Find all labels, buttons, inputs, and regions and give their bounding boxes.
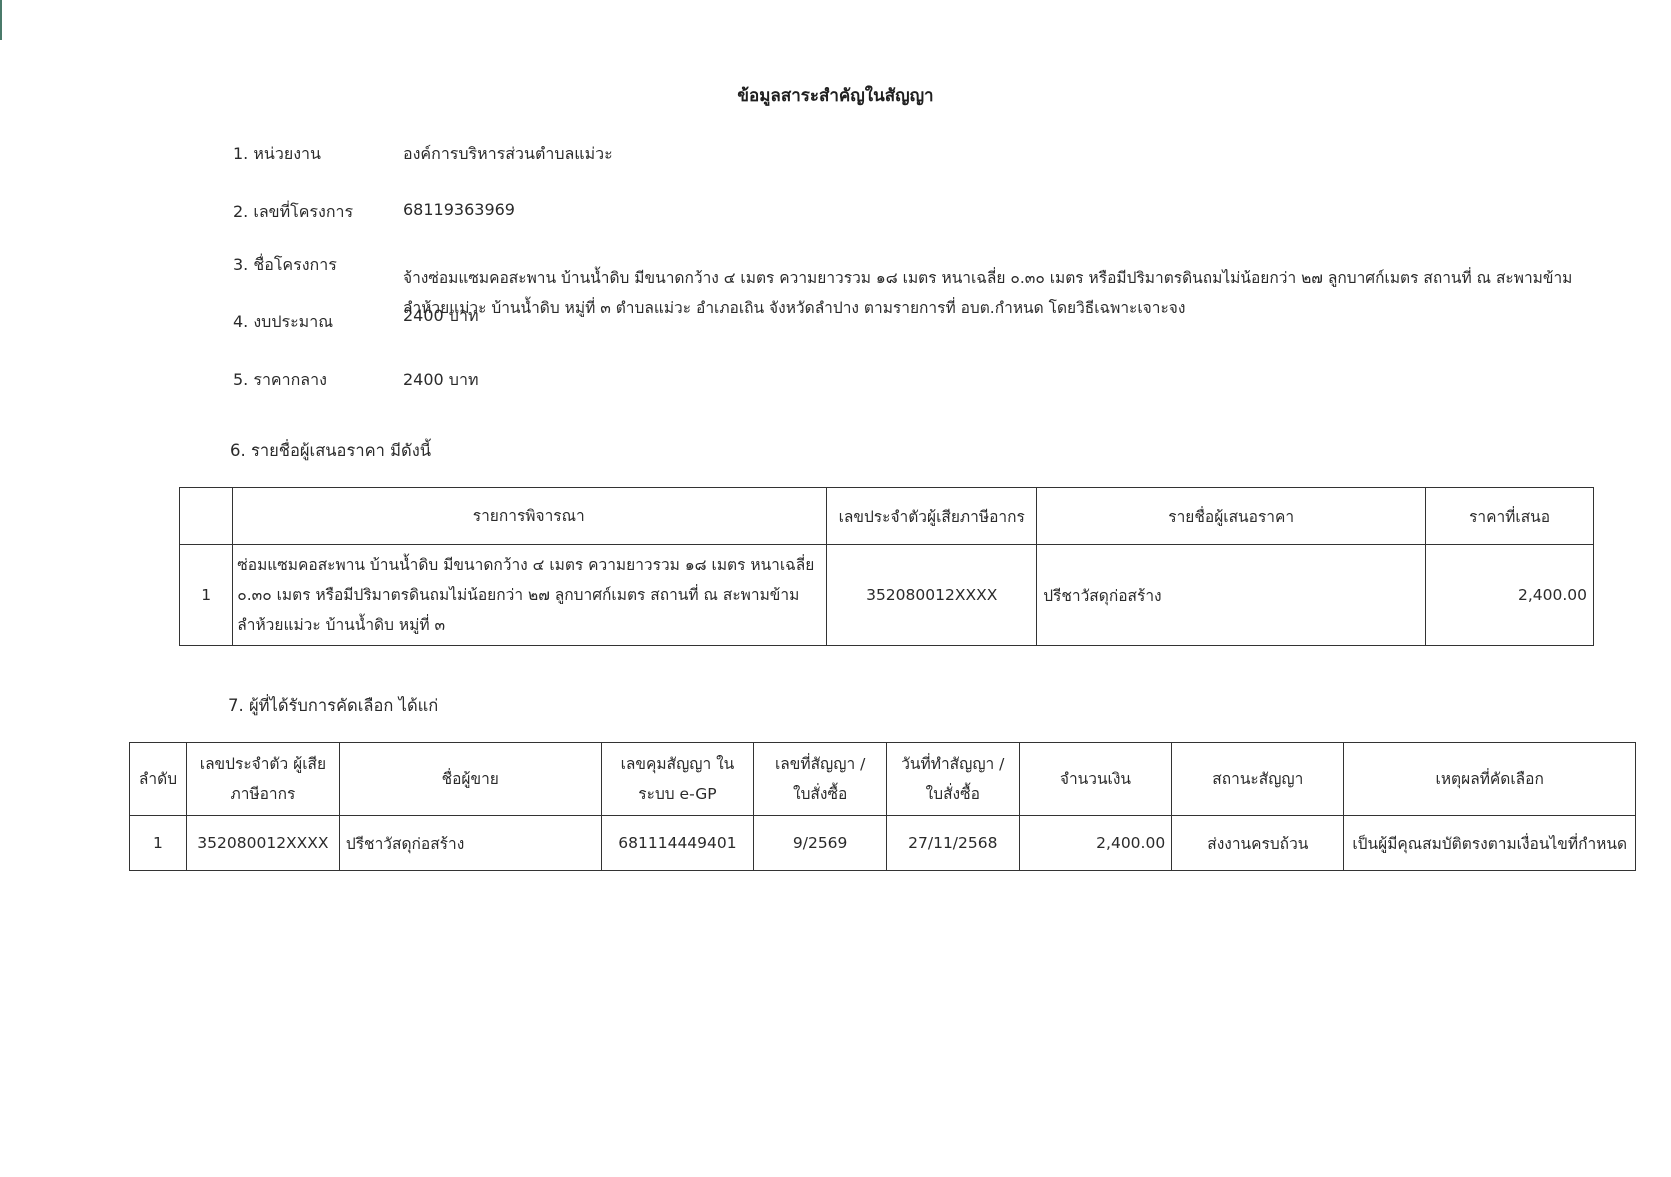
document-title: ข้อมูลสาระสำคัญในสัญญา xyxy=(0,82,1671,109)
bidders-table: รายการพิจารณา เลขประจำตัวผู้เสียภาษีอากร… xyxy=(179,487,1594,646)
cell-egp-number: 681114449401 xyxy=(601,816,754,871)
field-value: องค์การบริหารส่วนตำบลแม่วะ xyxy=(403,142,613,167)
cell-status: ส่งงานครบถ้วน xyxy=(1172,816,1344,871)
table-header-row: ลำดับ เลขประจำตัว ผู้เสียภาษีอากร ชื่อผู… xyxy=(130,743,1636,816)
cell-index: 1 xyxy=(130,816,187,871)
table-row: 1 ซ่อมแซมคอสะพาน บ้านน้ำดิบ มีขนาดกว้าง … xyxy=(180,545,1594,646)
field-value: 2400 บาท xyxy=(403,368,479,393)
table-row: 1 352080012XXXX ปรีชาวัสดุก่อสร้าง 68111… xyxy=(130,816,1636,871)
col-contract-number: เลขที่สัญญา / ใบสั่งซื้อ xyxy=(754,743,887,816)
col-index xyxy=(180,488,233,545)
cell-tax-id: 352080012XXXX xyxy=(827,545,1037,646)
col-tax-id: เลขประจำตัวผู้เสียภาษีอากร xyxy=(827,488,1037,545)
cell-index: 1 xyxy=(180,545,233,646)
cell-seller: ปรีชาวัสดุก่อสร้าง xyxy=(339,816,601,871)
field-label: 1. หน่วยงาน xyxy=(233,142,321,167)
cell-contract-number: 9/2569 xyxy=(754,816,887,871)
cell-item: ซ่อมแซมคอสะพาน บ้านน้ำดิบ มีขนาดกว้าง ๔ … xyxy=(233,545,827,646)
scan-edge-mark xyxy=(0,0,2,40)
project-name-value: จ้างซ่อมแซมคอสะพาน บ้านน้ำดิบ มีขนาดกว้า… xyxy=(403,263,1603,323)
col-contract-date: วันที่ทำสัญญา / ใบสั่งซื้อ xyxy=(886,743,1019,816)
cell-bidder: ปรีชาวัสดุก่อสร้าง xyxy=(1037,545,1426,646)
cell-contract-date: 27/11/2568 xyxy=(886,816,1019,871)
section6-heading: 6. รายชื่อผู้เสนอราคา มีดังนี้ xyxy=(230,438,431,464)
col-egp-number: เลขคุมสัญญา ในระบบ e-GP xyxy=(601,743,754,816)
cell-price: 2,400.00 xyxy=(1426,545,1594,646)
field-label: 4. งบประมาณ xyxy=(233,310,333,335)
section7-heading: 7. ผู้ที่ได้รับการคัดเลือก ได้แก่ xyxy=(228,693,438,719)
col-bidder: รายชื่อผู้เสนอราคา xyxy=(1037,488,1426,545)
col-tax-id: เลขประจำตัว ผู้เสียภาษีอากร xyxy=(186,743,339,816)
table-header-row: รายการพิจารณา เลขประจำตัวผู้เสียภาษีอากร… xyxy=(180,488,1594,545)
col-amount: จำนวนเงิน xyxy=(1019,743,1172,816)
col-index: ลำดับ xyxy=(130,743,187,816)
col-item: รายการพิจารณา xyxy=(233,488,827,545)
cell-reason: เป็นผู้มีคุณสมบัติตรงตามเงื่อนไขที่กำหนด xyxy=(1344,816,1636,871)
cell-tax-id: 352080012XXXX xyxy=(186,816,339,871)
field-label: 5. ราคากลาง xyxy=(233,368,327,393)
field-label: 3. ชื่อโครงการ xyxy=(233,253,337,278)
selected-vendor-table: ลำดับ เลขประจำตัว ผู้เสียภาษีอากร ชื่อผู… xyxy=(129,742,1636,871)
field-label: 2. เลขที่โครงการ xyxy=(233,200,353,225)
col-reason: เหตุผลที่คัดเลือก xyxy=(1344,743,1636,816)
col-price: ราคาที่เสนอ xyxy=(1426,488,1594,545)
cell-amount: 2,400.00 xyxy=(1019,816,1172,871)
field-value: 68119363969 xyxy=(403,200,515,219)
col-seller: ชื่อผู้ขาย xyxy=(339,743,601,816)
field-value: 2400 บาท xyxy=(403,304,479,329)
col-status: สถานะสัญญา xyxy=(1172,743,1344,816)
